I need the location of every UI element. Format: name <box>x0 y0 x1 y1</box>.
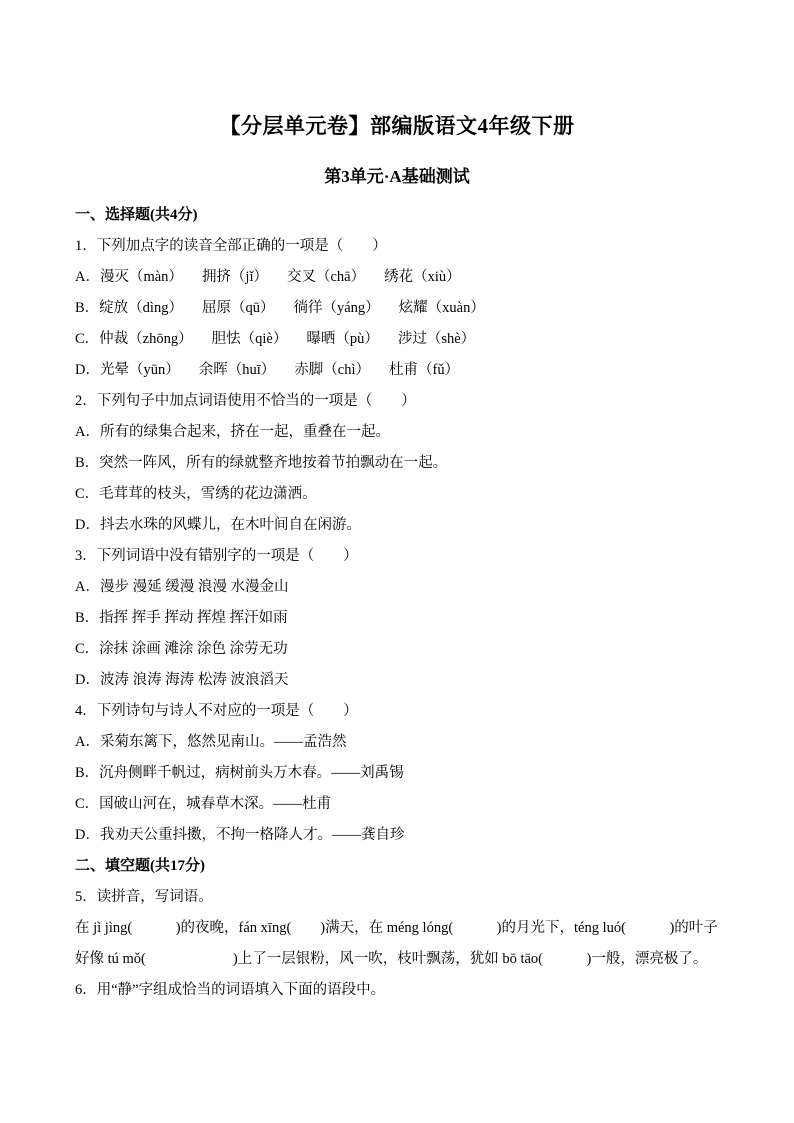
question-6-stem: 6．用“静”字组成恰当的词语填入下面的语段中。 <box>75 975 719 1006</box>
option-cell: A．漫灭（màn） <box>75 262 183 293</box>
question-5-stem: 5．读拼音，写词语。 <box>75 882 719 913</box>
question-4-option-c: C．国破山河在，城春草木深。——杜甫 <box>75 789 719 820</box>
question-2-option-b: B．突然一阵风，所有的绿就整齐地按着节拍飘动在一起。 <box>75 448 719 479</box>
document-page: 【分层单元卷】部编版语文4年级下册 第3单元·A基础测试 一、选择题(共4分) … <box>0 0 794 1123</box>
option-cell: 赤脚（chì） <box>294 355 370 386</box>
document-title: 【分层单元卷】部编版语文4年级下册 <box>75 112 719 140</box>
question-4-option-d: D．我劝天公重抖擞，不拘一格降人才。——龚自珍 <box>75 820 719 851</box>
question-2-option-c: C．毛茸茸的枝头，雪绣的花边潇洒。 <box>75 479 719 510</box>
option-cell: 交叉（chā） <box>287 262 365 293</box>
question-3-stem: 3．下列词语中没有错别字的一项是（ ） <box>75 541 719 572</box>
question-1-stem: 1．下列加点字的读音全部正确的一项是（ ） <box>75 231 719 262</box>
question-3-option-b: B．指挥 挥手 挥动 挥煌 挥汗如雨 <box>75 603 719 634</box>
option-cell: 屈原（qū） <box>202 293 275 324</box>
question-4-option-b: B．沉舟侧畔千帆过，病树前头万木春。——刘禹锡 <box>75 758 719 789</box>
question-2-option-d: D．抖去水珠的风蝶儿，在木叶间自在闲游。 <box>75 510 719 541</box>
section-1-heading: 一、选择题(共4分) <box>75 200 719 231</box>
question-1-option-c: C．仲裁（zhōng） 胆怯（qiè） 曝晒（pù） 涉过（shè） <box>75 324 719 355</box>
question-3-option-d: D．波涛 浪涛 海涛 松涛 波浪滔天 <box>75 665 719 696</box>
question-1-option-b: B．绽放（dìng） 屈原（qū） 徜徉（yáng） 炫耀（xuàn） <box>75 293 719 324</box>
option-cell: 徜徉（yáng） <box>293 293 379 324</box>
question-3-option-c: C．涂抹 涂画 滩涂 涂色 涂劳无功 <box>75 634 719 665</box>
option-cell: 拥挤（jǐ） <box>202 262 268 293</box>
option-cell: 余晖（huī） <box>199 355 276 386</box>
option-cell: C．仲裁（zhōng） <box>75 324 193 355</box>
question-4-option-a: A．采菊东篱下，悠然见南山。——孟浩然 <box>75 727 719 758</box>
question-2-option-a: A．所有的绿集合起来，挤在一起，重叠在一起。 <box>75 417 719 448</box>
option-cell: B．绽放（dìng） <box>75 293 183 324</box>
option-cell: 杜甫（fǔ） <box>389 355 459 386</box>
question-4-stem: 4．下列诗句与诗人不对应的一项是（ ） <box>75 696 719 727</box>
option-cell: 炫耀（xuàn） <box>399 293 485 324</box>
question-1-option-d: D．光晕（yūn） 余晖（huī） 赤脚（chì） 杜甫（fǔ） <box>75 355 719 386</box>
document-body: 一、选择题(共4分) 1．下列加点字的读音全部正确的一项是（ ） A．漫灭（mà… <box>75 200 719 1006</box>
question-3-option-a: A．漫步 漫延 缓漫 浪漫 水漫金山 <box>75 572 719 603</box>
question-2-stem: 2．下列句子中加点词语使用不恰当的一项是（ ） <box>75 386 719 417</box>
option-cell: 绣花（xiù） <box>384 262 461 293</box>
document-subtitle: 第3单元·A基础测试 <box>75 165 719 188</box>
option-cell: 涉过（shè） <box>398 324 475 355</box>
question-5-pinyin-line-2: 好像 tú mǒ( )上了一层银粉，风一吹，枝叶飘荡，犹如 bō tāo( )一… <box>75 944 719 975</box>
option-cell: D．光晕（yūn） <box>75 355 180 386</box>
option-cell: 曝晒（pù） <box>306 324 379 355</box>
section-2-heading: 二、填空题(共17分) <box>75 851 719 882</box>
option-cell: 胆怯（qiè） <box>212 324 288 355</box>
question-5-pinyin-line-1: 在 jì jìng( )的夜晚，fán xīng( )满天，在 méng lón… <box>75 913 719 944</box>
question-1-option-a: A．漫灭（màn） 拥挤（jǐ） 交叉（chā） 绣花（xiù） <box>75 262 719 293</box>
